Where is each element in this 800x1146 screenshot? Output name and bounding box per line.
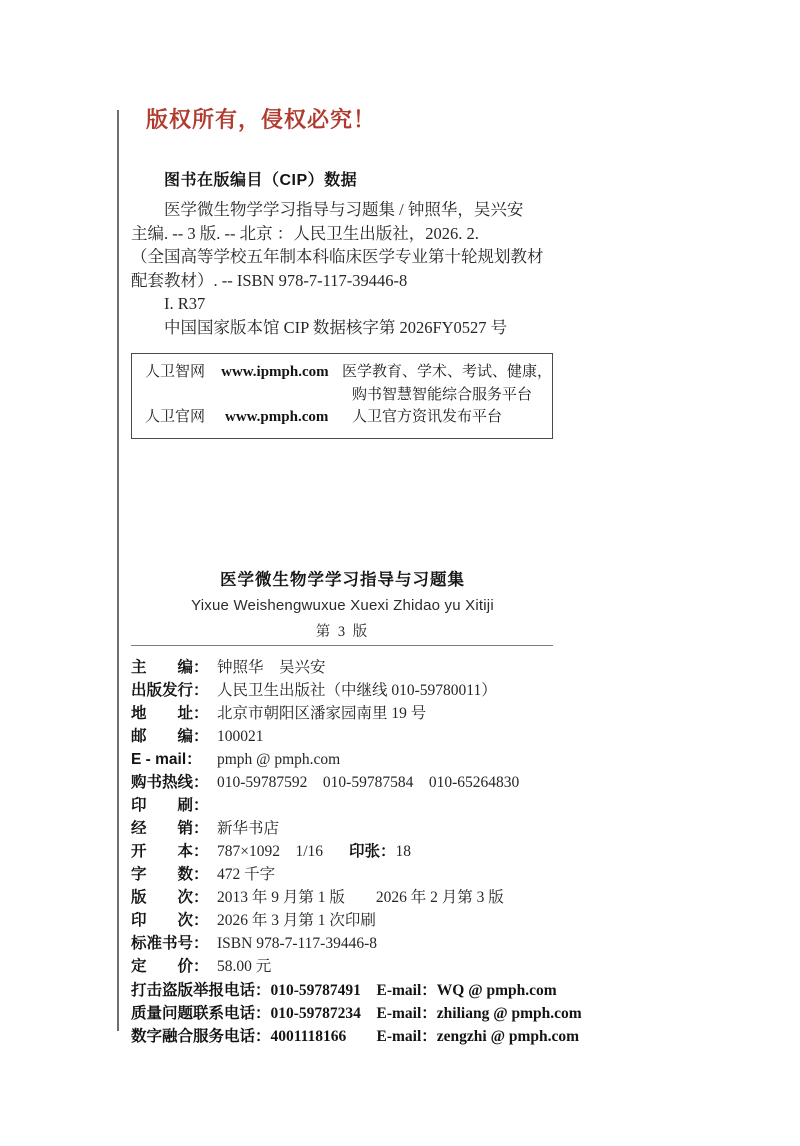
left-margin-rule bbox=[117, 110, 119, 1031]
colophon-line: 邮 编：100021 bbox=[131, 725, 519, 748]
colophon-label: 地 址： bbox=[131, 702, 217, 725]
cip-block: 医学微生物学学习指导与习题集 / 钟照华，吴兴安 主编. -- 3 版. -- … bbox=[131, 198, 581, 339]
colophon-label: 邮 编： bbox=[131, 725, 217, 748]
colophon-list: 主 编：钟照华 吴兴安 出版发行：人民卫生出版社（中继线 010-5978001… bbox=[131, 656, 519, 978]
colophon-label: 版 次： bbox=[131, 886, 217, 909]
service-row: 购书智慧智能综合服务平台 bbox=[145, 384, 552, 407]
service-url bbox=[225, 384, 352, 407]
colophon-value: pmph @ pmph.com bbox=[217, 751, 340, 768]
copyright-notice: 版权所有，侵权必究！ bbox=[146, 103, 376, 134]
hotline-list: 打击盗版举报电话：010-59787491E-mail：WQ @ pmph.co… bbox=[131, 979, 582, 1048]
copyright-page: 版权所有，侵权必究！ 图书在版编目（CIP）数据 医学微生物学学习指导与习题集 … bbox=[0, 0, 800, 1146]
cip-line: 主编. -- 3 版. -- 北京 ：人民卫生出版社，2026. 2. bbox=[131, 222, 581, 246]
colophon-label: 定 价： bbox=[131, 955, 217, 978]
colophon-value: 北京市朝阳区潘家园南里 19 号 bbox=[217, 705, 426, 722]
service-row: 人卫官网 www.pmph.com 人卫官方资讯发布平台 bbox=[145, 406, 552, 429]
colophon-value: 新华书店 bbox=[217, 820, 279, 837]
hotline-label: 打击盗版举报电话： bbox=[131, 982, 271, 999]
hotline-phone: 010-59787491 bbox=[271, 979, 377, 1002]
edition-label: 第 3 版 bbox=[131, 620, 554, 641]
colophon-subvalue: 18 bbox=[396, 843, 412, 860]
hotline-email: zengzhi @ pmph.com bbox=[437, 1028, 579, 1045]
hotline-email-label: E-mail： bbox=[377, 1005, 437, 1022]
cip-line: 配套教材）. -- ISBN 978-7-117-39446-8 bbox=[131, 269, 581, 293]
hotline-label: 质量问题联系电话： bbox=[131, 1005, 271, 1022]
colophon-label: E - mail： bbox=[131, 748, 217, 771]
hotline-label: 数字融合服务电话： bbox=[131, 1028, 271, 1045]
colophon-value: 钟照华 吴兴安 bbox=[217, 659, 326, 676]
cip-line: 医学微生物学学习指导与习题集 / 钟照华，吴兴安 bbox=[131, 198, 581, 222]
service-name bbox=[145, 384, 225, 407]
service-name: 人卫智网 bbox=[145, 361, 221, 384]
service-url: www.ipmph.com bbox=[221, 361, 342, 384]
hotline-line: 数字融合服务电话：4001118166E-mail：zengzhi @ pmph… bbox=[131, 1025, 582, 1048]
colophon-value: 010-59787592 010-59787584 010-65264830 bbox=[217, 774, 519, 791]
colophon-line: 版 次：2013 年 9 月第 1 版 2026 年 2 月第 3 版 bbox=[131, 886, 519, 909]
colophon-line: 地 址：北京市朝阳区潘家园南里 19 号 bbox=[131, 702, 519, 725]
colophon-sublabel: 印张： bbox=[349, 843, 396, 860]
colophon-value: ISBN 978-7-117-39446-8 bbox=[217, 935, 377, 952]
colophon-line: 印 次：2026 年 3 月第 1 次印刷 bbox=[131, 909, 519, 932]
colophon-line: 经 销：新华书店 bbox=[131, 817, 519, 840]
colophon-label: 印 次： bbox=[131, 909, 217, 932]
cip-line: 中国国家版本馆 CIP 数据核字第 2026FY0527 号 bbox=[131, 316, 581, 340]
colophon-label: 标准书号： bbox=[131, 932, 217, 955]
title-block: 医学微生物学学习指导与习题集 Yixue Weishengwuxue Xuexi… bbox=[131, 566, 554, 641]
colophon-label: 出版发行： bbox=[131, 679, 217, 702]
hotline-phone: 010-59787234 bbox=[271, 1002, 377, 1025]
colophon-value: 472 千字 bbox=[217, 866, 275, 883]
hotline-email: WQ @ pmph.com bbox=[437, 982, 557, 999]
service-description: 医学教育、学术、考试、健康， bbox=[342, 361, 552, 384]
colophon-label: 购书热线： bbox=[131, 771, 217, 794]
hotline-line: 质量问题联系电话：010-59787234E-mail：zhiliang @ p… bbox=[131, 1002, 582, 1025]
service-description: 购书智慧智能综合服务平台 bbox=[352, 384, 532, 407]
service-url: www.pmph.com bbox=[225, 406, 352, 429]
hotline-line: 打击盗版举报电话：010-59787491E-mail：WQ @ pmph.co… bbox=[131, 979, 582, 1002]
book-title: 医学微生物学学习指导与习题集 bbox=[131, 566, 554, 590]
colophon-line: 购书热线：010-59787592 010-59787584 010-65264… bbox=[131, 771, 519, 794]
colophon-label: 印 刷： bbox=[131, 794, 217, 817]
cip-heading: 图书在版编目（CIP）数据 bbox=[164, 167, 357, 190]
colophon-label: 主 编： bbox=[131, 656, 217, 679]
hotline-phone: 4001118166 bbox=[271, 1025, 377, 1048]
hotline-email-label: E-mail： bbox=[377, 1028, 437, 1045]
hotline-email: zhiliang @ pmph.com bbox=[437, 1005, 582, 1022]
publisher-services-box: 人卫智网 www.ipmph.com 医学教育、学术、考试、健康， 购书智慧智能… bbox=[131, 353, 553, 439]
colophon-line: 标准书号：ISBN 978-7-117-39446-8 bbox=[131, 932, 519, 955]
service-name: 人卫官网 bbox=[145, 406, 225, 429]
colophon-line: 定 价：58.00 元 bbox=[131, 955, 519, 978]
colophon-label: 字 数： bbox=[131, 863, 217, 886]
colophon-label: 开 本： bbox=[131, 840, 217, 863]
colophon-line: 印 刷： bbox=[131, 794, 519, 817]
colophon-label: 经 销： bbox=[131, 817, 217, 840]
cip-line: I. R37 bbox=[131, 292, 581, 316]
colophon-line: 主 编：钟照华 吴兴安 bbox=[131, 656, 519, 679]
book-title-pinyin: Yixue Weishengwuxue Xuexi Zhidao yu Xiti… bbox=[131, 597, 554, 614]
service-row: 人卫智网 www.ipmph.com 医学教育、学术、考试、健康， bbox=[145, 361, 552, 384]
colophon-value: 2013 年 9 月第 1 版 2026 年 2 月第 3 版 bbox=[217, 889, 504, 906]
colophon-line: 出版发行：人民卫生出版社（中继线 010-59780011） bbox=[131, 679, 519, 702]
divider-rule bbox=[131, 645, 553, 646]
colophon-value: 100021 bbox=[217, 728, 264, 745]
colophon-line: E - mail：pmph @ pmph.com bbox=[131, 748, 519, 771]
cip-line: （全国高等学校五年制本科临床医学专业第十轮规划教材 bbox=[131, 245, 581, 269]
colophon-value: 58.00 元 bbox=[217, 958, 271, 975]
hotline-email-label: E-mail： bbox=[377, 982, 437, 999]
colophon-line: 字 数：472 千字 bbox=[131, 863, 519, 886]
colophon-value: 787×1092 1/16 bbox=[217, 840, 349, 863]
colophon-value: 人民卫生出版社（中继线 010-59780011） bbox=[217, 682, 497, 699]
colophon-value: 2026 年 3 月第 1 次印刷 bbox=[217, 912, 376, 929]
service-description: 人卫官方资讯发布平台 bbox=[352, 406, 502, 429]
colophon-line: 开 本：787×1092 1/16印张：18 bbox=[131, 840, 519, 863]
